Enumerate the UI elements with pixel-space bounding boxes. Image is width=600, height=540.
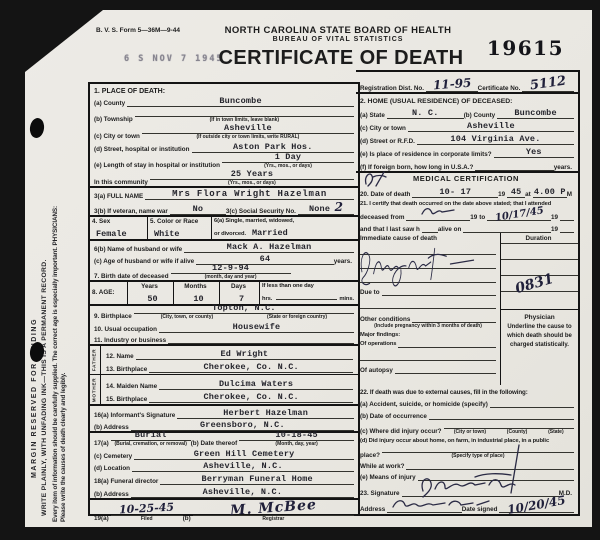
- city-label: (c) City or town: [94, 133, 142, 140]
- funeral-director-value: Berryman Funeral Home: [202, 474, 313, 484]
- where-hint-city: (City or town): [454, 429, 486, 435]
- medical-certification-heading: MEDICAL CERTIFICATION: [413, 175, 521, 184]
- while-at-work-label: While at work?: [360, 463, 406, 470]
- certify-from-label: deceased from: [360, 214, 406, 221]
- duration-header: Duration: [501, 233, 578, 244]
- filed-date-line: 10-25-45: [111, 497, 183, 516]
- signature-address-label: Address: [360, 506, 387, 513]
- filed-b-label: (b): [183, 515, 193, 522]
- full-name-label: 3(a) FULL NAME: [94, 193, 145, 200]
- physician-note-text: Underline the cause to which death shoul…: [505, 323, 574, 350]
- alive-on-label: alive on: [438, 226, 463, 233]
- certify-year-blank: [560, 220, 574, 221]
- full-name-line: Mrs Flora Wright Hazelman: [145, 181, 354, 200]
- filed-caption: Filed: [111, 516, 183, 522]
- home-corporate-label: (e) Is place of residence in corporate l…: [360, 151, 494, 158]
- date-of-death-19: 19: [498, 191, 507, 198]
- date-of-death-value: 10- 17: [439, 187, 471, 197]
- filed-date-value: 10-25-45: [119, 502, 175, 516]
- registration-district-value: 11-95: [432, 77, 471, 92]
- where-hint-state: (State): [548, 429, 564, 435]
- certify-to-label: to: [479, 214, 487, 221]
- ssn-value: None: [309, 204, 330, 214]
- major-findings-label: Major findings:: [360, 332, 402, 339]
- informant-signature-value: Herbert Hazelman: [223, 408, 308, 418]
- of-operations-label: Of operations: [360, 341, 398, 348]
- sex-label: 4. Sex: [92, 218, 145, 225]
- where-hint-county: (County): [507, 429, 528, 435]
- county-label: (a) County: [94, 100, 127, 107]
- other-conditions-hint: (Include pregnancy within 3 months of de…: [360, 323, 496, 330]
- certify-19c: 19: [551, 214, 560, 221]
- certify-from-line: [406, 201, 470, 221]
- findings-blank-line: [360, 348, 496, 361]
- serial-number: 19615: [487, 36, 564, 60]
- physician-note-box: Physician Underline the cause to which d…: [500, 309, 578, 385]
- burial-location-value: Asheville, N.C.: [203, 461, 283, 471]
- registration-district-label: Registration Dist. No.: [360, 85, 426, 92]
- burial-location-label: (d) Location: [94, 465, 132, 472]
- birthdate-line: 12-9-94: [171, 255, 291, 274]
- date-of-death-m: M: [567, 191, 574, 198]
- mother-birthplace-value: Cherokee, Co. N.C.: [203, 392, 298, 402]
- cause-of-death-area: Immediate cause of death Due to Other co…: [356, 233, 500, 385]
- sex-value: Female: [92, 230, 145, 239]
- cemetery-label: (c) Cemetery: [94, 453, 134, 460]
- father-name-label: 12. Name: [106, 353, 136, 360]
- stay-value: 1 Day: [275, 152, 302, 162]
- birthdate-label: 7. Birth date of deceased: [94, 273, 171, 280]
- certificate-title: CERTIFICATE OF DEATH: [196, 47, 486, 70]
- mother-birthplace-label: 15. Birthplace: [106, 396, 149, 403]
- veteran-value: No: [193, 204, 204, 214]
- age-days-label: Days: [222, 283, 257, 290]
- margin-text-permanent-record: WRITE PLAINLY, WITH UNFADING INK—THIS IS…: [41, 259, 48, 516]
- signature-line: [402, 463, 559, 497]
- mother-name-value: Dulcima Waters: [219, 379, 293, 389]
- informant-address-value: Greensboro, N.C.: [200, 420, 285, 430]
- birthplace-line: Topton, N.C.: [134, 295, 354, 314]
- accident-label: (a) Accident, suicide, or homicide (spec…: [360, 401, 490, 408]
- birthdate-hint: (month, day and year): [171, 274, 291, 280]
- county-line: Buncombe: [127, 88, 354, 107]
- birthdate-value: 12-9-94: [212, 263, 249, 273]
- spouse-value: Mack A. Hazelman: [227, 242, 312, 252]
- occupation-line: Housewife: [159, 314, 354, 333]
- spouse-age-suffix: years.: [334, 258, 354, 265]
- date-of-death-at: at: [525, 191, 533, 198]
- cemetery-value: Green Hill Cemetery: [194, 449, 295, 459]
- spouse-age-value: 64: [260, 254, 271, 264]
- age-years-label: Years: [130, 283, 171, 290]
- community-label: In this community: [94, 179, 150, 186]
- registrar-signature-line: M. McBee: [193, 497, 354, 516]
- physician-note-title: Physician: [505, 313, 574, 323]
- spouse-label: 6(b) Name of husband or wife: [94, 246, 184, 253]
- certificate-no-label: Certificate No.: [478, 85, 523, 92]
- signature-address-line: [387, 491, 462, 513]
- street-value: Aston Park Hos.: [233, 142, 313, 152]
- certificate-paper: MARGIN RESERVED FOR BINDING WRITE PLAINL…: [25, 10, 592, 527]
- last-saw-label: and that I last saw h: [360, 226, 422, 233]
- community-line: 25 Years: [150, 161, 354, 180]
- form-number: B. V. S. Form 5—36M—9-44: [96, 27, 180, 34]
- city-value: Asheville: [224, 123, 272, 133]
- place-type-hint: (Specify type of place): [382, 453, 574, 459]
- birthplace-label: 9. Birthplace: [94, 313, 134, 320]
- certify-to-line: 10/17/45: [487, 202, 551, 221]
- accident-line: [490, 407, 574, 408]
- full-name-value: Mrs Flora Wright Hazelman: [172, 189, 327, 199]
- certificate-no-value: 5112: [529, 75, 567, 93]
- other-conditions-label: Other conditions: [360, 316, 412, 323]
- father-name-value: Ed Wright: [220, 349, 268, 359]
- registration-district-line: 11-95: [426, 73, 478, 92]
- where-injury-label: (c) Where did injury occur?: [360, 428, 444, 435]
- mother-side-label: MOTHER: [93, 377, 98, 401]
- burial-type-value: Burial: [135, 430, 167, 440]
- home-county-value: Buncombe: [514, 108, 556, 118]
- cause-blank-line-4: [360, 296, 496, 309]
- registrar-caption: Registrar: [193, 516, 354, 522]
- city-line: Asheville: [142, 115, 354, 134]
- margin-text-causes: Please write the causes of death clearly…: [60, 373, 67, 522]
- father-birthplace-label: 13. Birthplace: [106, 366, 149, 373]
- age-less-label: If less than one day: [262, 283, 356, 290]
- county-value: Buncombe: [219, 96, 261, 106]
- home-street-value: 104 Virginia Ave.: [450, 134, 540, 144]
- father-side-label-cell: FATHER: [90, 346, 101, 374]
- date-of-death-year: 45: [511, 187, 522, 197]
- board-title: NORTH CAROLINA STATE BOARD OF HEALTH: [198, 25, 478, 36]
- of-autopsy-label: Of autopsy: [360, 367, 395, 374]
- right-column: Registration Dist. No. 11-95 Certificate…: [356, 70, 580, 516]
- duration-box: Duration 0831: [500, 233, 578, 309]
- age-months-label: Months: [176, 283, 217, 290]
- alive-19: 19: [551, 226, 560, 233]
- duration-blank-1: [501, 244, 578, 260]
- occurrence-label: (b) Date of occurrence: [360, 413, 429, 420]
- did-injury-label-2: place?: [360, 452, 382, 459]
- mother-side-label-cell: MOTHER: [90, 375, 101, 404]
- attended-from-scrawl: [418, 204, 458, 218]
- burial-type-line: Burial: [111, 422, 191, 441]
- community-value: 25 Years: [231, 169, 273, 179]
- registrar-signature: M. McBee: [230, 498, 318, 518]
- hole-punch-top: [29, 117, 46, 139]
- home-city-label: (c) City or town: [360, 125, 408, 132]
- immediate-cause-scrawl: [358, 235, 488, 293]
- race-label: 5. Color or Race: [150, 218, 209, 225]
- external-causes-heading: 22. If death was due to external causes,…: [360, 389, 530, 396]
- left-column: 1. PLACE OF DEATH: (a) County Buncombe (…: [88, 82, 360, 516]
- father-birthplace-value: Cherokee, Co. N.C.: [203, 362, 298, 372]
- filed-number: 19(a): [94, 515, 111, 522]
- home-state-value: N. C.: [412, 108, 439, 118]
- of-autopsy-line: [395, 373, 496, 374]
- certificate-no-line: 5112: [522, 73, 574, 92]
- did-injury-label: (d) Did injury occur about home, on farm…: [360, 438, 551, 445]
- home-foreign-suffix: years.: [554, 164, 574, 171]
- occupation-value: Housewife: [233, 322, 281, 332]
- burial-date-value: 10-18-45: [275, 430, 317, 440]
- certificate-form: B. V. S. Form 5—36M—9-44 NORTH CAROLINA …: [88, 10, 578, 516]
- father-side-label: FATHER: [93, 349, 98, 371]
- funeral-director-address-value: Asheville, N.C.: [203, 487, 283, 497]
- burial-number: 17(a): [94, 440, 111, 447]
- occupation-label: 10. Usual occupation: [94, 326, 159, 333]
- township-label: (b) Township: [94, 116, 135, 123]
- date-of-death-label: 20. Date of death: [360, 191, 412, 198]
- home-state-label: (a) State: [360, 112, 387, 119]
- date-of-death-time: 4.00 P: [534, 187, 566, 197]
- margin-text-every-item: Every item of information should be care…: [52, 206, 59, 522]
- bureau-subtitle: BUREAU OF VITAL STATISTICS: [198, 36, 478, 43]
- occurrence-line: [429, 419, 574, 420]
- home-city-value: Asheville: [467, 121, 515, 131]
- ssn-label: 3(c) Social Security No.: [226, 208, 298, 215]
- home-street-label: (d) Street or R.F.D.: [360, 138, 417, 145]
- birthplace-value: Topton, N.C.: [212, 303, 276, 313]
- ssn-handwritten-mark: 2: [335, 200, 343, 214]
- age-label: 8. AGE:: [92, 289, 125, 296]
- marital-label-1: 6(a) Single, married, widowed,: [214, 218, 356, 225]
- home-corporate-value: Yes: [526, 147, 542, 157]
- street-label: (d) Street, hospital or institution: [94, 146, 192, 153]
- handwritten-mark-scrawl: [362, 169, 388, 187]
- veteran-label: 3(b) If veteran, name war: [94, 208, 170, 215]
- physician-address-scrawl: [387, 495, 497, 511]
- certify-19b: 19: [470, 214, 479, 221]
